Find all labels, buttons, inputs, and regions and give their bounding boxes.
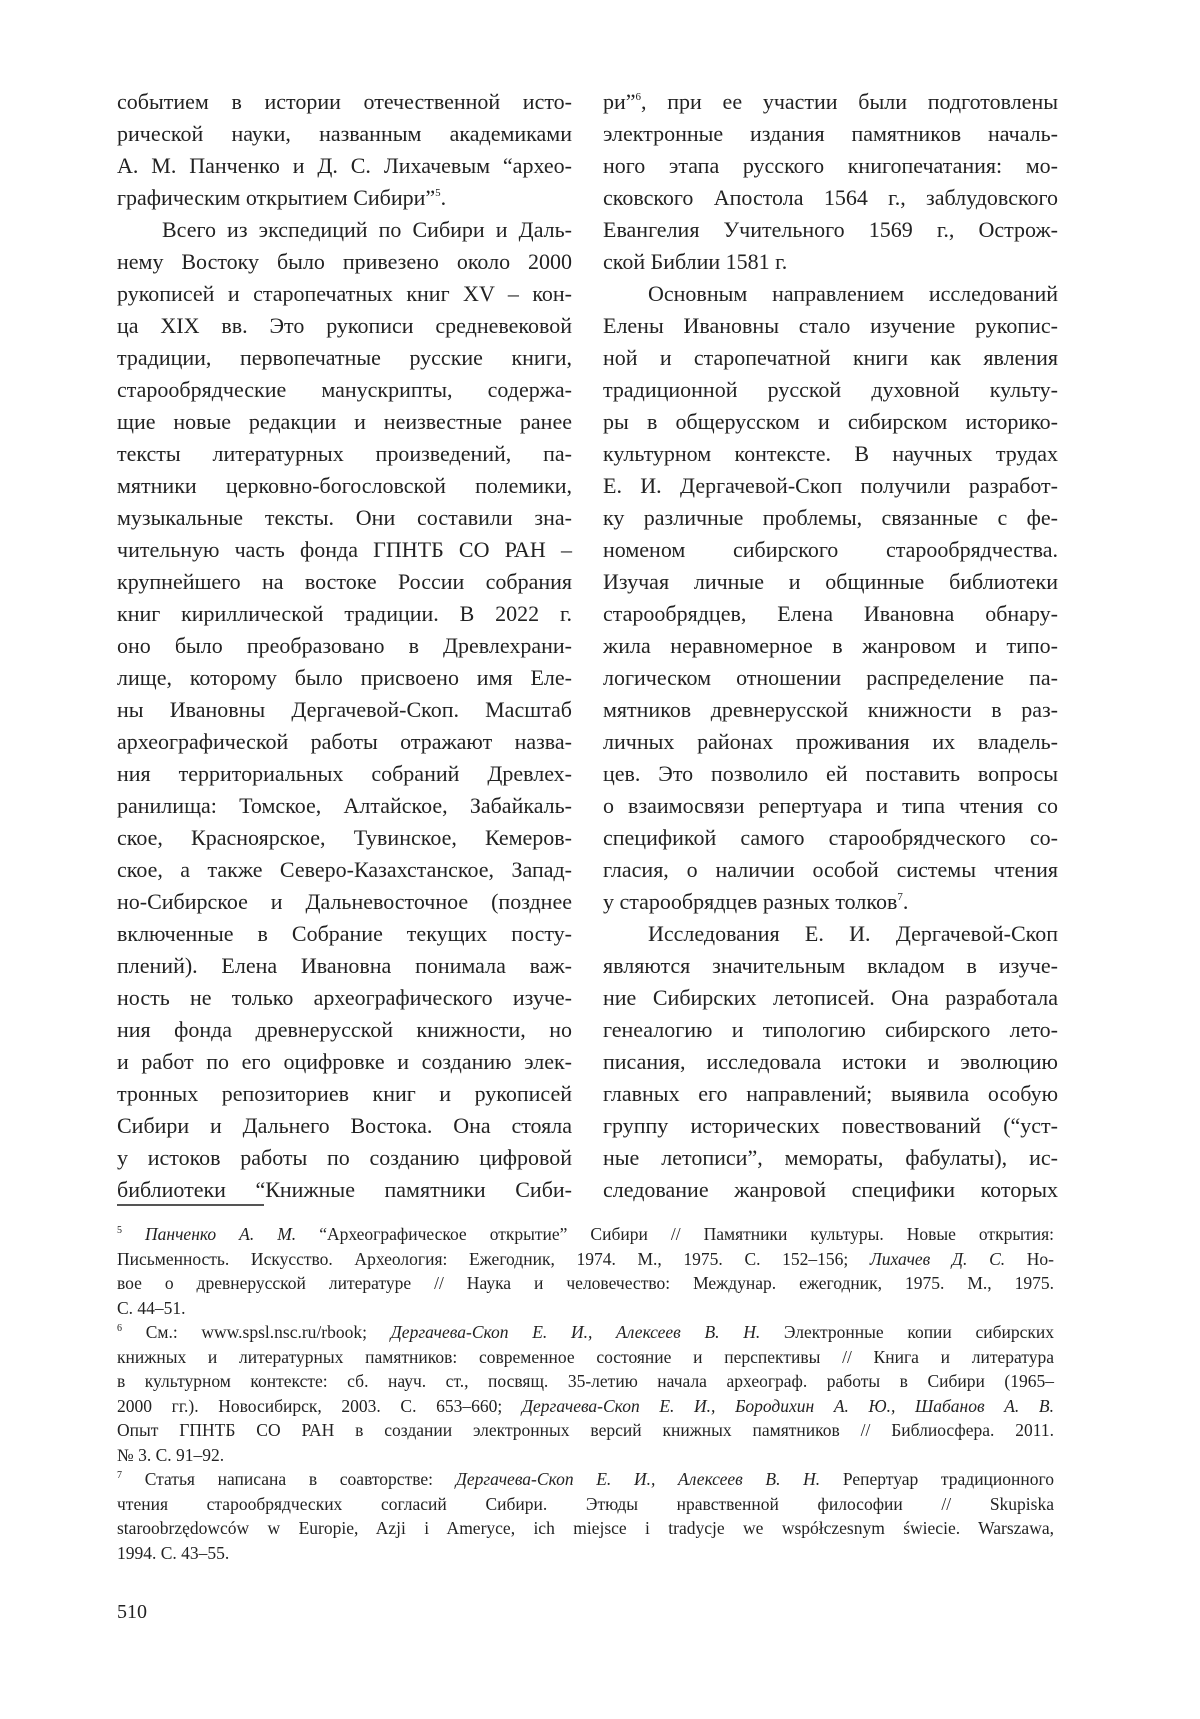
text-line: рической науки, названным академиками: [117, 118, 572, 150]
text-line: ское, а также Северо-Казахстанское, Запа…: [117, 854, 572, 886]
text-line: Елены Ивановны стало изучение рукопис-: [603, 310, 1058, 342]
text-line: щие новые редакции и неизвестные ранее: [117, 406, 572, 438]
text-line: ния фонда древнерусской книжности, но: [117, 1014, 572, 1046]
text-line: Изучая личные и общинные библиотеки: [603, 566, 1058, 598]
text-line: жила неравномерное в жанровом и типо-: [603, 630, 1058, 662]
document-page: событием в истории отечественной исто- р…: [0, 0, 1200, 1719]
text-line: электронные издания памятников началь-: [603, 118, 1058, 150]
text-line: культурном контексте. В научных трудах: [603, 438, 1058, 470]
footnote-line: С. 44–51.: [117, 1296, 1054, 1321]
text-line: спецификой самого старообрядческого со-: [603, 822, 1058, 854]
footnote-line: 2000 гг.). Новосибирск, 2003. С. 653–660…: [117, 1394, 1054, 1419]
text-line: о взаимосвязи репертуара и типа чтения с…: [603, 790, 1058, 822]
text-line: событием в истории отечественной исто-: [117, 86, 572, 118]
footnote-line: чтения старообрядческих согласий Сибири.…: [117, 1492, 1054, 1517]
text-line: плений). Елена Ивановна понимала важ-: [117, 950, 572, 982]
text-line: А. М. Панченко и Д. С. Лихачевым “архео-: [117, 150, 572, 182]
footnote-7: 7 Статья написана в соавторстве: Дергаче…: [117, 1467, 1054, 1492]
text-line: ного этапа русского книгопечатания: мо-: [603, 150, 1058, 182]
page-number: 510: [117, 1600, 147, 1624]
text-line: у старообрядцев разных толков7.: [603, 886, 1058, 918]
text-line: крупнейшего на востоке России собрания: [117, 566, 572, 598]
footnote-line: книжных и литературных памятников: совре…: [117, 1345, 1054, 1370]
text-line: старообрядческие манускрипты, содержа-: [117, 374, 572, 406]
text-line: главных его направлений; выявила особую: [603, 1078, 1058, 1110]
text-line: ной и старопечатной книги как явления: [603, 342, 1058, 374]
text-line: ние Сибирских летописей. Она разработала: [603, 982, 1058, 1014]
text-line: являются значительным вкладом в изуче-: [603, 950, 1058, 982]
text-line: музыкальные тексты. Они составили зна-: [117, 502, 572, 534]
text-line: традиционной русской духовной культу-: [603, 374, 1058, 406]
footnote-line: в культурном контексте: сб. науч. ст., п…: [117, 1369, 1054, 1394]
text-line: нему Востоку было привезено около 2000: [117, 246, 572, 278]
text-line: тексты литературных произведений, па-: [117, 438, 572, 470]
footnotes: 5 Панченко А. М. “Археографическое откры…: [117, 1222, 1054, 1565]
text-line: Всего из экспедиций по Сибири и Даль-: [117, 214, 572, 246]
text-line: ные летописи”, мемораты, фабулаты), ис-: [603, 1142, 1058, 1174]
text-line: логическом отношении распределение па-: [603, 662, 1058, 694]
footnote-line: № 3. С. 91–92.: [117, 1443, 1054, 1468]
text-line: Исследования Е. И. Дергачевой-Скоп: [603, 918, 1058, 950]
text-line: писания, исследовала истоки и эволюцию: [603, 1046, 1058, 1078]
text-line: но-Сибирское и Дальневосточное (позднее: [117, 886, 572, 918]
text-line: старообрядцев, Елена Ивановна обнару-: [603, 598, 1058, 630]
text-line: цев. Это позволило ей поставить вопросы: [603, 758, 1058, 790]
text-line: Евангелия Учительного 1569 г., Острож-: [603, 214, 1058, 246]
text-line: тронных репозиториев книг и рукописей: [117, 1078, 572, 1110]
footnote-line: вое о древнерусской литературе // Наука …: [117, 1271, 1054, 1296]
text-line: Основным направлением исследований: [603, 278, 1058, 310]
text-line: ность не только археографического изуче-: [117, 982, 572, 1014]
text-line: ку различные проблемы, связанные с фе-: [603, 502, 1058, 534]
footnote-5: 5 Панченко А. М. “Археографическое откры…: [117, 1222, 1054, 1247]
text-line: у истоков работы по созданию цифровой: [117, 1142, 572, 1174]
text-line: ри”6, при ее участии были подготовлены: [603, 86, 1058, 118]
text-line: ры в общерусском и сибирском историко-: [603, 406, 1058, 438]
text-line: ской Библии 1581 г.: [603, 246, 1058, 278]
text-line: традиции, первопечатные русские книги,: [117, 342, 572, 374]
footnote-separator: [117, 1204, 264, 1206]
footnote-line: Опыт ГПНТБ СО РАН в создании электронных…: [117, 1418, 1054, 1443]
text-line: Сибири и Дальнего Востока. Она стояла: [117, 1110, 572, 1142]
left-column: событием в истории отечественной исто- р…: [117, 86, 572, 1206]
text-line: и работ по его оцифровке и созданию элек…: [117, 1046, 572, 1078]
text-line: ны Ивановны Дергачевой-Скоп. Масштаб: [117, 694, 572, 726]
footnote-line: Письменность. Искусство. Археология: Еже…: [117, 1247, 1054, 1272]
text-line: группу исторических повествований (“уст-: [603, 1110, 1058, 1142]
text-line: оно было преобразовано в Древлехрани-: [117, 630, 572, 662]
text-line: лище, которому было присвоено имя Еле-: [117, 662, 572, 694]
text-line: личных районах проживания их владель-: [603, 726, 1058, 758]
text-line: мятники церковно-богословской полемики,: [117, 470, 572, 502]
text-line: мятников древнерусской книжности в раз-: [603, 694, 1058, 726]
text-line: библиотеки “Книжные памятники Сиби-: [117, 1174, 572, 1206]
text-line: ское, Красноярское, Тувинское, Кемеров-: [117, 822, 572, 854]
footnote-line: staroobrzędowców w Europie, Azji i Amery…: [117, 1516, 1054, 1541]
text-line: генеалогию и типологию сибирского лето-: [603, 1014, 1058, 1046]
text-line: книг кириллической традиции. В 2022 г.: [117, 598, 572, 630]
footnote-6: 6 См.: www.spsl.nsc.ru/rbook; Дергачева-…: [117, 1320, 1054, 1345]
footnote-line: 1994. С. 43–55.: [117, 1541, 1054, 1566]
text-line: чительную часть фонда ГПНТБ СО РАН –: [117, 534, 572, 566]
text-line: ранилища: Томское, Алтайское, Забайкаль-: [117, 790, 572, 822]
text-line: рукописей и старопечатных книг XV – кон-: [117, 278, 572, 310]
text-line: ния территориальных собраний Древлех-: [117, 758, 572, 790]
text-line: ца XIX вв. Это рукописи средневековой: [117, 310, 572, 342]
text-line: Е. И. Дергачевой-Скоп получили разработ-: [603, 470, 1058, 502]
text-line: гласия, о наличии особой системы чтения: [603, 854, 1058, 886]
text-line: номеном сибирского старообрядчества.: [603, 534, 1058, 566]
url-link[interactable]: См.: www.spsl.nsc.ru/rbook;: [146, 1322, 391, 1342]
text-line: включенные в Собрание текущих посту-: [117, 918, 572, 950]
text-line: археографической работы отражают назва-: [117, 726, 572, 758]
right-column: ри”6, при ее участии были подготовлены э…: [603, 86, 1058, 1206]
text-line: сковского Апостола 1564 г., заблудовског…: [603, 182, 1058, 214]
text-line: следование жанровой специфики которых: [603, 1174, 1058, 1206]
text-line: графическим открытием Сибири”5.: [117, 182, 572, 214]
